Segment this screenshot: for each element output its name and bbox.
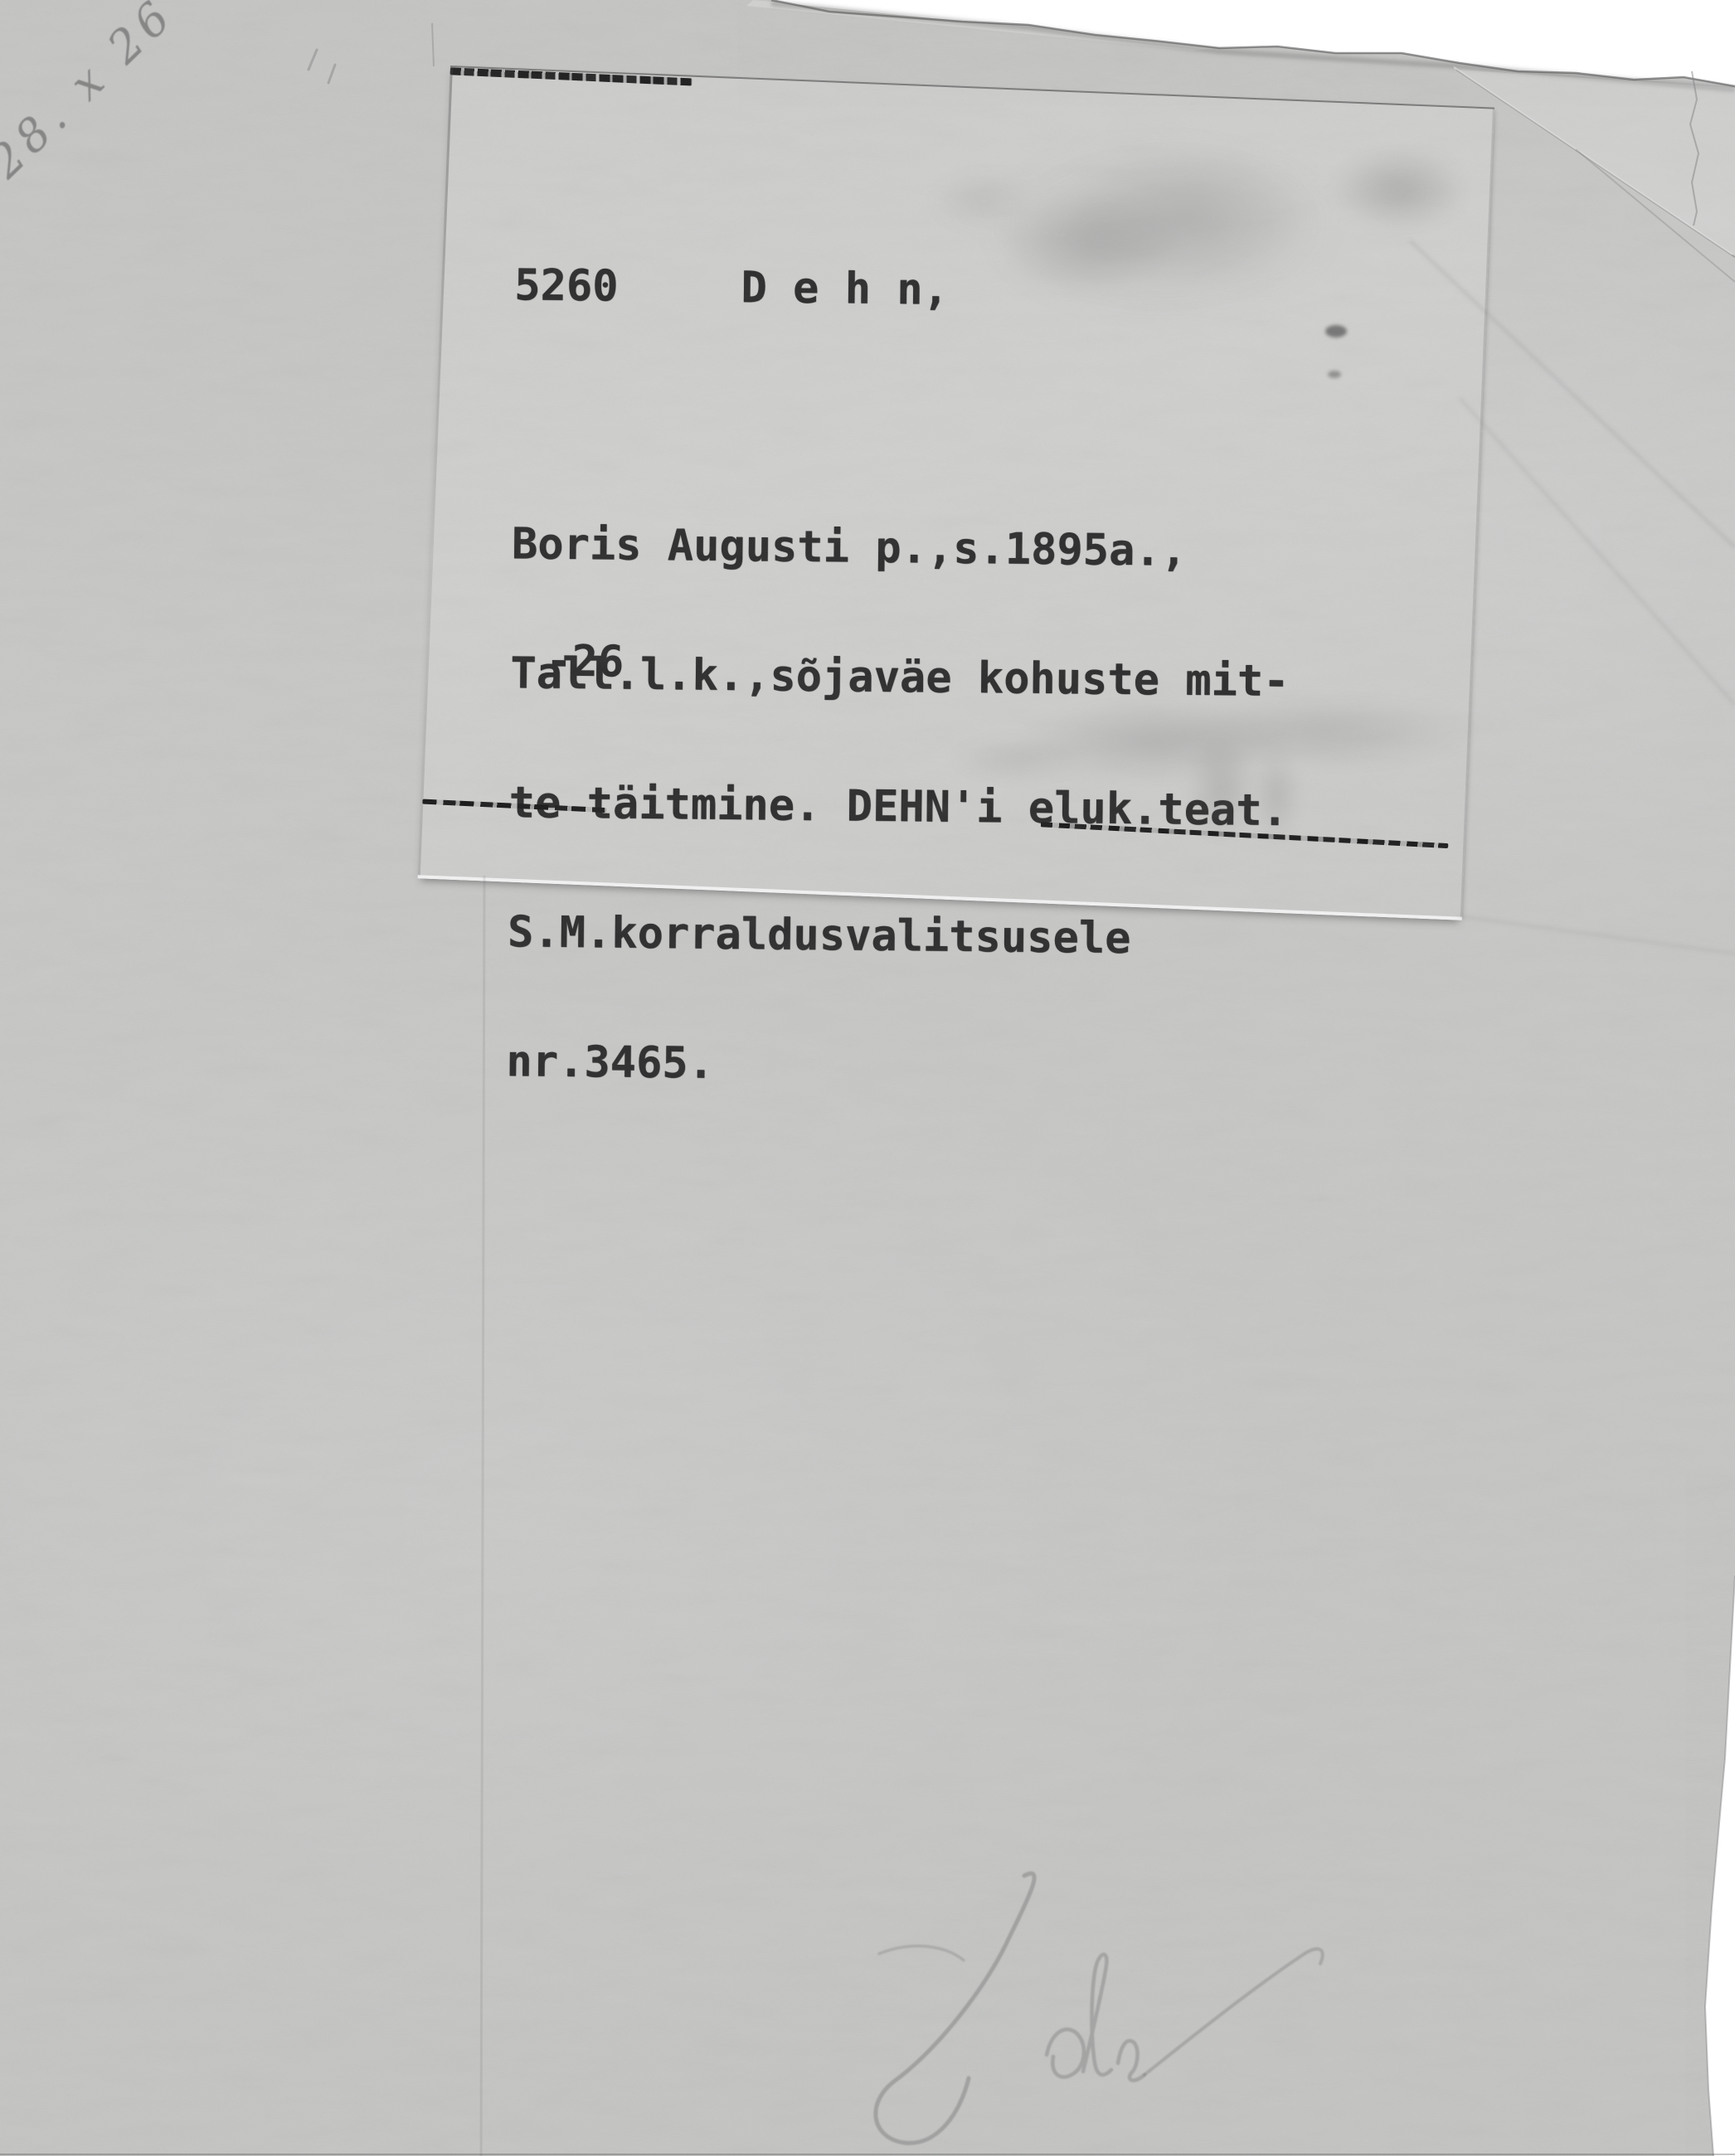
- card-index-number: 5260: [514, 260, 619, 311]
- ink-smudge-top: [863, 91, 1460, 365]
- typed-note: -26: [546, 640, 624, 684]
- pencil-signature: [854, 1864, 1335, 2156]
- signature-tail-stroke: [1145, 1949, 1323, 2075]
- ink-spot: [1328, 371, 1341, 378]
- ink-spot: [1325, 325, 1347, 337]
- ink-smudge-bottom: [937, 680, 1485, 854]
- typed-line: S.M.korraldusvalitsusele: [508, 910, 1287, 962]
- typed-line: nr.3465.: [506, 1040, 1285, 1091]
- scan-background: { "scan": { "card": { "index_number": "5…: [0, 0, 1735, 2156]
- signature-letters-stroke: [1047, 1954, 1145, 2081]
- typed-line: Boris Augusti p.,s.1895a.,: [512, 522, 1291, 574]
- signature-leadin-stroke: [879, 1946, 964, 1960]
- signature-capital-stroke: [876, 1873, 1034, 2143]
